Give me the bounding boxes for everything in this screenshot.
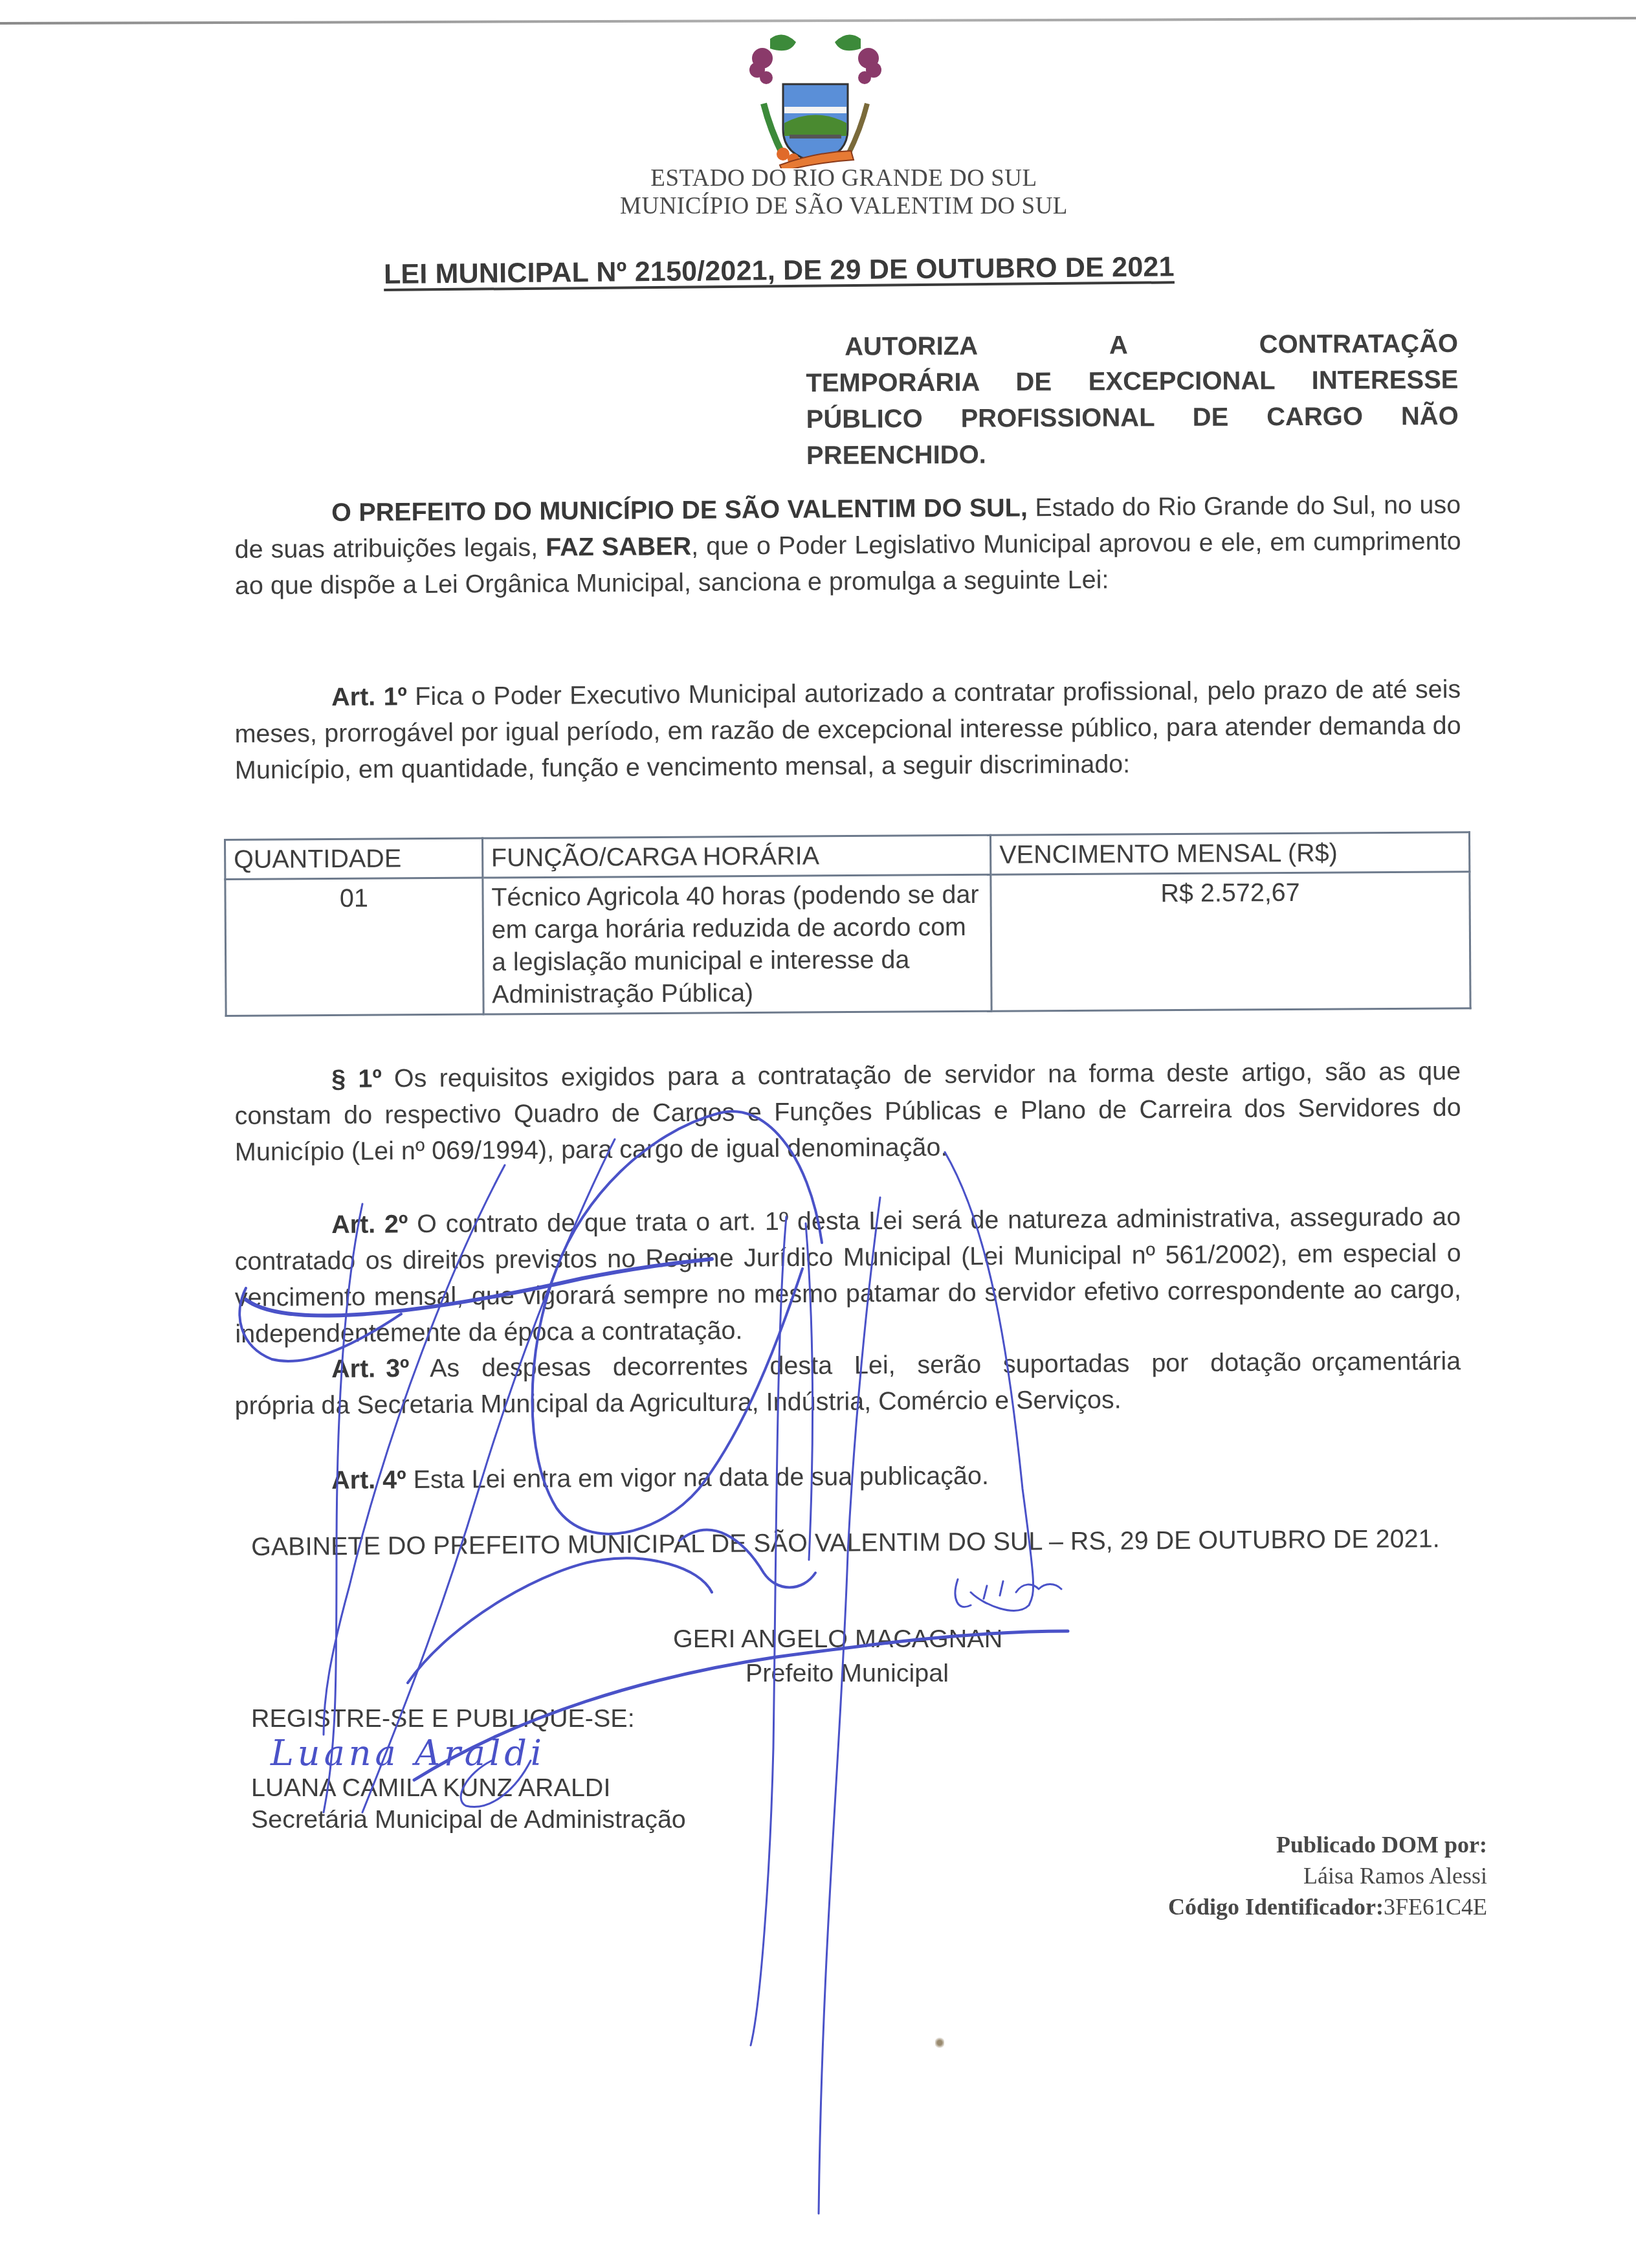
article-label: Art. 3º xyxy=(331,1354,410,1383)
article-text: As despesas decorrentes desta Lei, serão… xyxy=(409,1348,1301,1383)
mayor-role: Prefeito Municipal xyxy=(746,1659,949,1688)
article-label: Art. 1º xyxy=(331,682,407,711)
position-table: QUANTIDADE FUNÇÃO/CARGA HORÁRIA VENCIMEN… xyxy=(224,831,1472,1017)
municipality-header: MUNICÍPIO DE SÃO VALENTIM DO SUL xyxy=(26,192,1636,220)
table-row: 01 Técnico Agricola 40 horas (podendo se… xyxy=(225,872,1470,1016)
col-quantidade: QUANTIDADE xyxy=(225,838,483,879)
article-text: Fica o Poder Executivo Municipal autoriz… xyxy=(234,675,1461,784)
cell-vencimento: R$ 2.572,67 xyxy=(991,872,1470,1012)
ementa-word: A xyxy=(1109,327,1128,363)
law-title: LEI MUNICIPAL Nº 2150/2021, DE 29 DE OUT… xyxy=(384,251,1175,291)
article-1: Art. 1º Fica o Poder Executivo Municipal… xyxy=(234,671,1461,788)
scan-top-edge xyxy=(0,17,1636,25)
closing-place-date: GABINETE DO PREFEITO MUNICIPAL DE SÃO VA… xyxy=(251,1520,1466,1565)
publication-publisher: Láisa Ramos Alessi xyxy=(1168,1860,1487,1891)
article-label: Art. 4º xyxy=(331,1465,406,1495)
registration-block: REGISTRE-SE E PUBLIQUE-SE: Luana Araldi … xyxy=(251,1703,686,1836)
state-header: ESTADO DO RIO GRANDE DO SUL xyxy=(26,164,1636,192)
col-vencimento: VENCIMENTO MENSAL (R$) xyxy=(991,832,1470,875)
article-3: Art. 3º As despesas decorrentes desta Le… xyxy=(234,1343,1461,1424)
ementa-word: CONTRATAÇÃO xyxy=(1259,326,1459,363)
col-funcao: FUNÇÃO/CARGA HORÁRIA xyxy=(482,835,991,878)
secretary-role: Secretária Municipal de Administração xyxy=(251,1804,686,1836)
ementa-rest: TEMPORÁRIA DE EXCEPCIONAL INTERESSE PÚBL… xyxy=(806,362,1459,474)
faz-saber: FAZ SABER xyxy=(546,532,691,562)
preamble-lead: O PREFEITO DO MUNICÍPIO DE SÃO VALENTIM … xyxy=(331,493,1028,527)
secretary-handwritten-signature: Luana Araldi xyxy=(271,1735,686,1772)
paragraph-1: § 1º Os requisitos exigidos para a contr… xyxy=(234,1053,1461,1170)
code-value: 3FE61C4E xyxy=(1384,1894,1487,1920)
paragraph-text: Os requisitos exigidos para a contrataçã… xyxy=(234,1057,1461,1166)
article-text: Esta Lei entra em vigor na data de sua p… xyxy=(406,1462,989,1494)
article-label: Art. 2º xyxy=(331,1210,408,1239)
article-4: Art. 4º Esta Lei entra em vigor na data … xyxy=(234,1454,1461,1499)
mayor-name: GERI ANGELO MACAGNAN xyxy=(673,1625,1002,1654)
paragraph-label: § 1º xyxy=(331,1064,382,1093)
article-text: O contrato de que trata o art. 1º desta … xyxy=(234,1203,1461,1348)
article-2: Art. 2º O contrato de que trata o art. 1… xyxy=(234,1199,1462,1352)
register-line: REGISTRE-SE E PUBLIQUE-SE: xyxy=(251,1703,686,1735)
law-ementa: AUTORIZA A CONTRATAÇÃO TEMPORÁRIA DE EXC… xyxy=(806,326,1459,474)
code-label: Código Identificador: xyxy=(1168,1894,1384,1920)
secretary-name: LUANA CAMILA KUNZ ARALDI xyxy=(251,1772,686,1804)
scan-speck xyxy=(935,2036,944,2049)
publication-stamp: Publicado DOM por: Láisa Ramos Alessi Có… xyxy=(1168,1829,1487,1922)
cell-quantidade: 01 xyxy=(225,878,483,1016)
cell-funcao: Técnico Agricola 40 horas (podendo se da… xyxy=(483,874,992,1014)
municipal-coat-of-arms-icon xyxy=(744,26,887,168)
publication-label: Publicado DOM por: xyxy=(1276,1832,1487,1858)
preamble-paragraph: O PREFEITO DO MUNICÍPIO DE SÃO VALENTIM … xyxy=(234,487,1461,604)
ementa-word: AUTORIZA xyxy=(845,328,978,365)
